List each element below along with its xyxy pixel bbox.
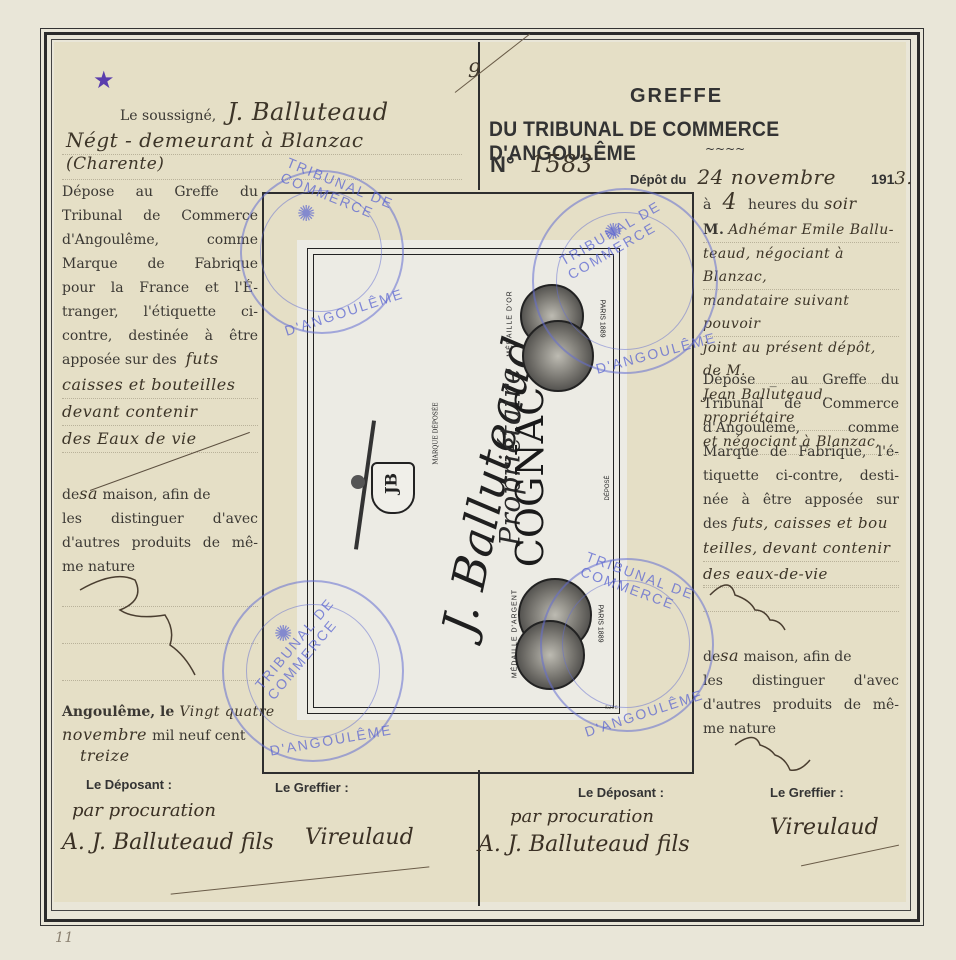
- maison-hand: sa: [79, 484, 98, 503]
- hand-line: teaud, négociant à Blanzac,: [703, 243, 899, 290]
- text-line: contre, destinée à être: [62, 324, 258, 348]
- hand-line: mandataire suivant pouvoir: [703, 290, 899, 337]
- emblem-text: MARQUE DÉPOSÉE: [405, 430, 467, 437]
- text-line: d'Angoulême, comme: [703, 416, 899, 440]
- left-handwritten-contents: caisses et bouteilles devant contenir de…: [62, 372, 258, 453]
- left-year-row: novembre mil neuf cent: [62, 724, 258, 748]
- place-label: Angoulême, le: [62, 704, 174, 720]
- hand-line: Adhémar Emile Ballu-: [728, 222, 894, 238]
- stamp-top-left: TRIBUNAL DE COMMERCE D'ANGOULÊME ✺: [240, 170, 404, 334]
- text-line: d'autres produits de mê-: [703, 693, 899, 717]
- left-greffier-sig: Vireulaud: [305, 825, 414, 850]
- hand-line: devant contenir: [62, 399, 258, 426]
- header-number-row: N° 1583: [490, 150, 593, 178]
- depot-date: 24 novembre: [697, 165, 836, 189]
- stamp-bottom-right: TRIBUNAL DE COMMERCE D'ANGOULÊME: [540, 558, 714, 732]
- right-deposant-sig-1: par procuration: [510, 806, 654, 827]
- des-label: des: [703, 516, 727, 532]
- apposee-hand: futs: [186, 349, 219, 368]
- liberty-icon: ✺: [297, 202, 315, 227]
- soussigne-row: Le soussigné, J. Balluteaud: [120, 98, 389, 128]
- text-line: les distinguer d'avec: [703, 669, 899, 693]
- text-line: née à être apposée sur: [703, 488, 899, 512]
- header-ornament: ~~~~: [705, 142, 745, 156]
- left-deposant-sig-2: A. J. Balluteaud fils: [62, 830, 274, 855]
- right-squiggle-2: [730, 730, 830, 790]
- year-hand: treize: [80, 746, 130, 765]
- hand-line: teilles, devant contenir: [703, 536, 899, 562]
- text-line: Marque de Fabrique, l'é-: [703, 440, 899, 464]
- number-label: N°: [490, 152, 515, 177]
- label-product: COGNAC: [508, 377, 552, 577]
- medal-silver-label: MÉDAILLE D'ARGENT: [512, 574, 519, 694]
- depot-year: 191: [871, 171, 894, 187]
- soussigne-region: (Charente): [66, 154, 164, 174]
- label-depose: DÉPOSÉ: [605, 458, 611, 518]
- soussigne-name: J. Balluteaud: [227, 98, 388, 126]
- page-number: 9: [468, 58, 481, 82]
- right-deposit-paragraph: Dépose _ au Greffe du Tribunal de Commer…: [703, 368, 899, 512]
- liberty-icon: ✺: [274, 622, 292, 647]
- soussigne-address: Négt - demeurant à Blanzac: [66, 128, 364, 152]
- number-value: 1583: [530, 150, 593, 178]
- depot-row: Dépôt du 24 novembre 1913.: [630, 165, 913, 189]
- text-line: Tribunal de Commerce: [62, 204, 258, 228]
- text-line: Dépose au Greffe du: [62, 180, 258, 204]
- text-line: maison, afin de: [98, 487, 210, 503]
- period-hand: soir: [824, 194, 857, 213]
- text-line: maison, afin de: [739, 649, 851, 665]
- apposee-row: apposée sur des futs: [62, 348, 258, 372]
- right-greffier-label: Le Greffier :: [770, 785, 844, 800]
- hand-line: caisses et bouteilles: [62, 372, 258, 399]
- label-product-wrap: COGNAC: [430, 455, 630, 505]
- date-hand-2: novembre: [62, 725, 147, 744]
- header-greffe: GREFFE: [630, 85, 723, 108]
- liberty-icon: ✺: [604, 220, 622, 245]
- left-maison-paragraph: desa maison, afin de les distinguer d'av…: [62, 482, 258, 579]
- soussigne-label: Le soussigné,: [120, 108, 216, 124]
- medal-gold-label: MÉDAILLE D'OR: [507, 274, 514, 374]
- hour-label: heures du: [748, 197, 819, 213]
- text-line: d'Angoulême, comme: [62, 228, 258, 252]
- right-deposant-sig-2: A. J. Balluteaud fils: [478, 832, 690, 857]
- text-line: les distinguer d'avec: [62, 507, 258, 531]
- right-greffier-sig: Vireulaud: [770, 815, 879, 840]
- depot-year-hand: 3.: [894, 168, 912, 189]
- apposee-label: apposée sur des: [62, 352, 177, 368]
- left-squiggle: [75, 570, 205, 680]
- left-deposant-sig-1: par procuration: [72, 800, 216, 821]
- stamp-top-right: TRIBUNAL DE COMMERCE D'ANGOULÊME ✺: [532, 188, 718, 374]
- stamp-bottom-left: TRIBUNAL DE COMMERCE D'ANGOULÊME ✺: [222, 580, 404, 762]
- hour-hand: 4: [722, 190, 737, 215]
- text-line: d'autres produits de mê-: [62, 531, 258, 555]
- text-line: Dépose _ au Greffe du: [703, 368, 899, 392]
- text-line: tiquette ci-contre, desti-: [703, 464, 899, 488]
- text-line: Tribunal de Commerce: [703, 392, 899, 416]
- right-deposant-label: Le Déposant :: [578, 785, 664, 800]
- left-deposant-label: Le Déposant :: [86, 777, 172, 792]
- des-row: des futs, caisses et bou: [703, 512, 899, 536]
- right-maison-paragraph: desa maison, afin de les distinguer d'av…: [703, 644, 899, 741]
- maison-hand: sa: [720, 646, 739, 665]
- text-line: Marque de Fabrique: [62, 252, 258, 276]
- maison-prefix: de: [62, 487, 79, 503]
- left-deposit-paragraph: Dépose au Greffe du Tribunal de Commerce…: [62, 180, 258, 348]
- star-mark: ★: [93, 66, 115, 94]
- label-depose-wrap: DÉPOSÉ: [578, 485, 638, 495]
- footer-mark: 11: [55, 930, 74, 946]
- time-row: à 4 heures du soir: [703, 190, 899, 217]
- right-squiggle-1: [700, 575, 820, 635]
- year-printed: mil neuf cent: [152, 728, 245, 744]
- text-line: tranger, l'étiquette ci-: [62, 300, 258, 324]
- des-hand: futs, caisses et bou: [733, 514, 888, 532]
- text-line: pour la France et l'É-: [62, 276, 258, 300]
- left-greffier-label: Le Greffier :: [275, 780, 349, 795]
